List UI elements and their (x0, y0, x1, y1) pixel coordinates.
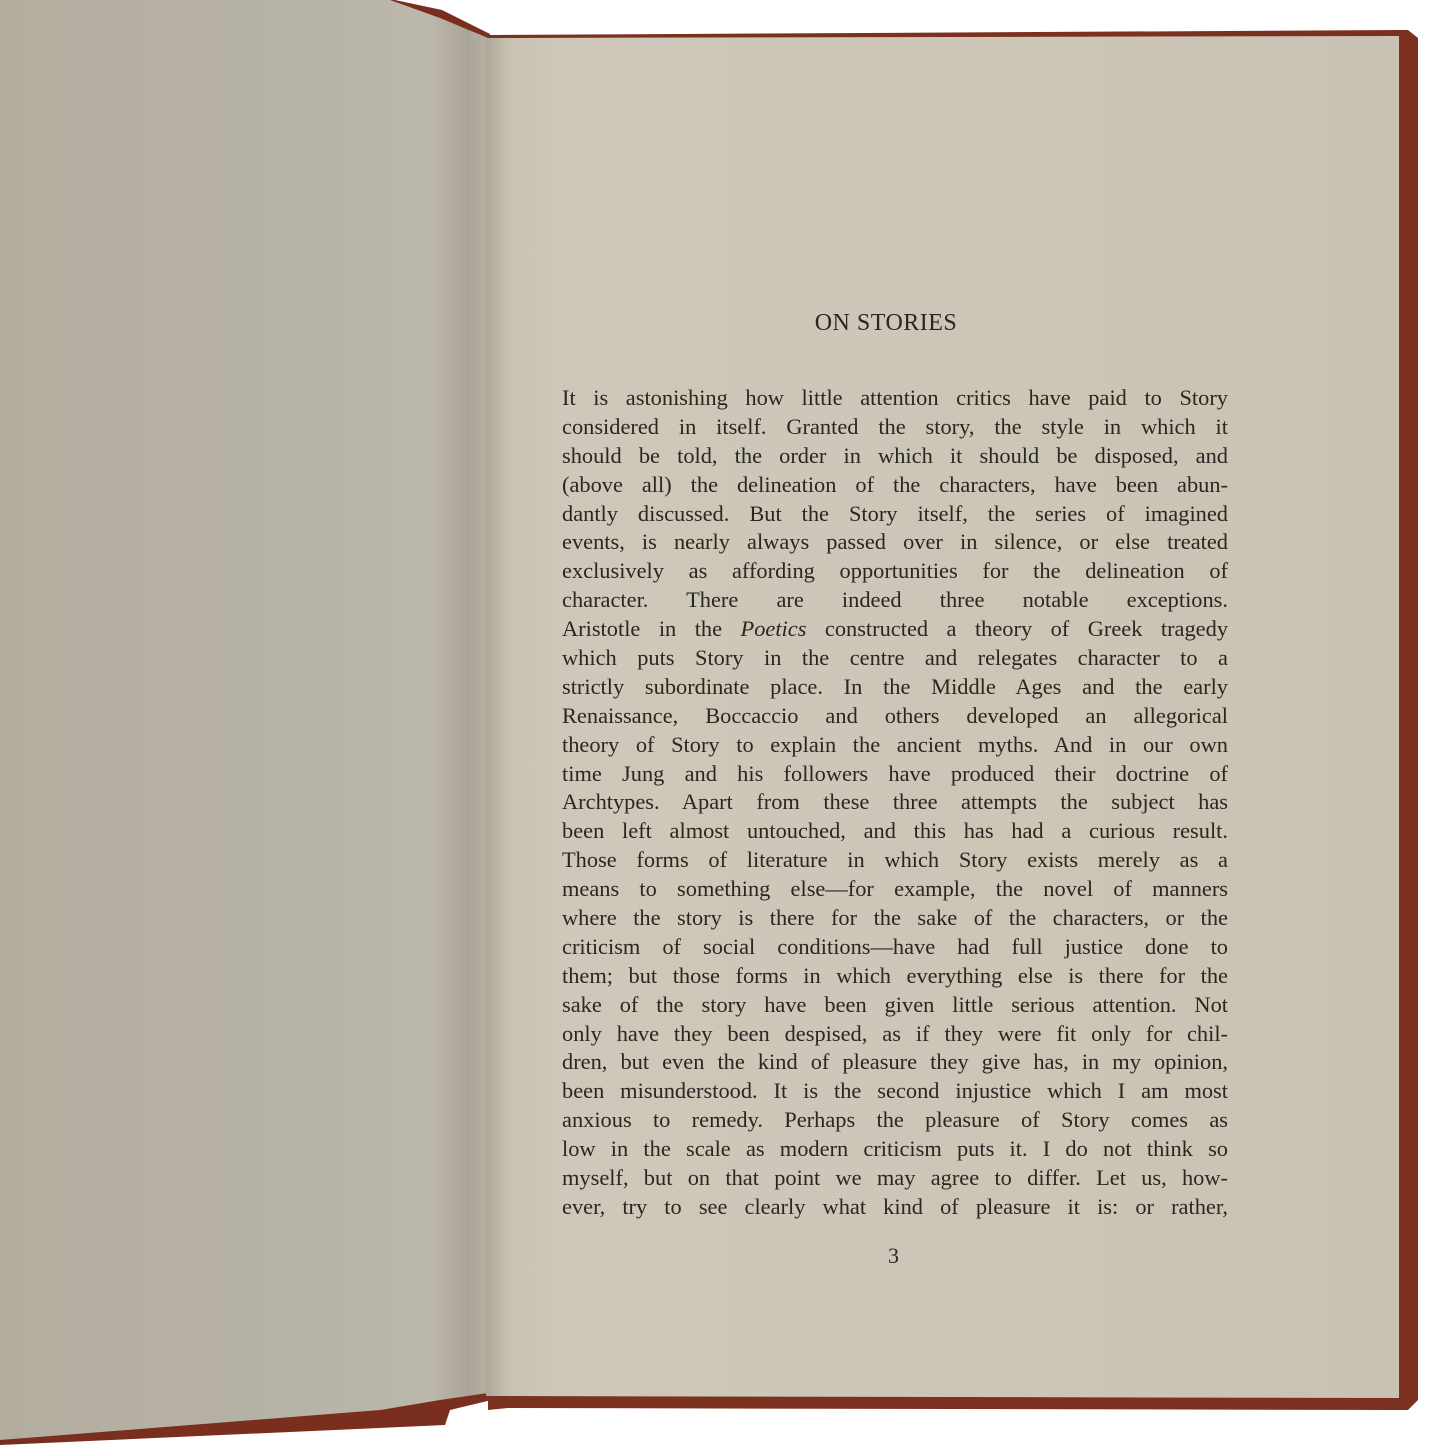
text-line: anxious to remedy. Perhaps the pleasure … (562, 1106, 1228, 1135)
text-line: criticism of social conditions—have had … (562, 933, 1228, 962)
body-paragraph: It is astonishing how little attention c… (562, 384, 1228, 1222)
text-line: theory of Story to explain the ancient m… (562, 731, 1228, 760)
text-line: should be told, the order in which it sh… (562, 442, 1228, 471)
text-line: been left almost untouched, and this has… (562, 817, 1228, 846)
text-line: It is astonishing how little attention c… (562, 384, 1228, 413)
text-line: dantly discussed. But the Story itself, … (562, 500, 1228, 529)
text-segment: constructed a theory of Greek tragedy (806, 616, 1228, 641)
text-line: sake of the story have been given little… (562, 991, 1228, 1020)
text-line: low in the scale as modern criticism put… (562, 1135, 1228, 1164)
text-line: dren, but even the kind of pleasure they… (562, 1048, 1228, 1077)
text-line: Aristotle in the Poetics constructed a t… (562, 615, 1228, 644)
blank-left-page (0, 0, 488, 1445)
text-line: Renaissance, Boccaccio and others develo… (562, 702, 1228, 731)
text-line: myself, but on that point we may agree t… (562, 1164, 1228, 1193)
text-segment: Aristotle in the (562, 616, 741, 641)
text-line: only have they been despised, as if they… (562, 1020, 1228, 1049)
text-line: exclusively as affording opportunities f… (562, 557, 1228, 586)
chapter-title: ON STORIES (486, 310, 1286, 337)
text-line: where the story is there for the sake of… (562, 904, 1228, 933)
text-line: (above all) the delineation of the chara… (562, 471, 1228, 500)
text-line: events, is nearly always passed over in … (562, 528, 1228, 557)
page-number: 3 (486, 1243, 1301, 1269)
italic-title-poetics: Poetics (741, 616, 807, 641)
text-line: time Jung and his followers have produce… (562, 760, 1228, 789)
text-line: ever, try to see clearly what kind of pl… (562, 1193, 1228, 1222)
text-line: Archtypes. Apart from these three attemp… (562, 788, 1228, 817)
text-line: which puts Story in the centre and releg… (562, 644, 1228, 673)
text-line: them; but those forms in which everythin… (562, 962, 1228, 991)
text-line: means to something else—for example, the… (562, 875, 1228, 904)
text-line: considered in itself. Granted the story,… (562, 413, 1228, 442)
text-line: been misunderstood. It is the second inj… (562, 1077, 1228, 1106)
text-line: character. There are indeed three notabl… (562, 586, 1228, 615)
text-line: strictly subordinate place. In the Middl… (562, 673, 1228, 702)
text-line: Those forms of literature in which Story… (562, 846, 1228, 875)
book-photo: ON STORIES It is astonishing how little … (0, 0, 1445, 1445)
